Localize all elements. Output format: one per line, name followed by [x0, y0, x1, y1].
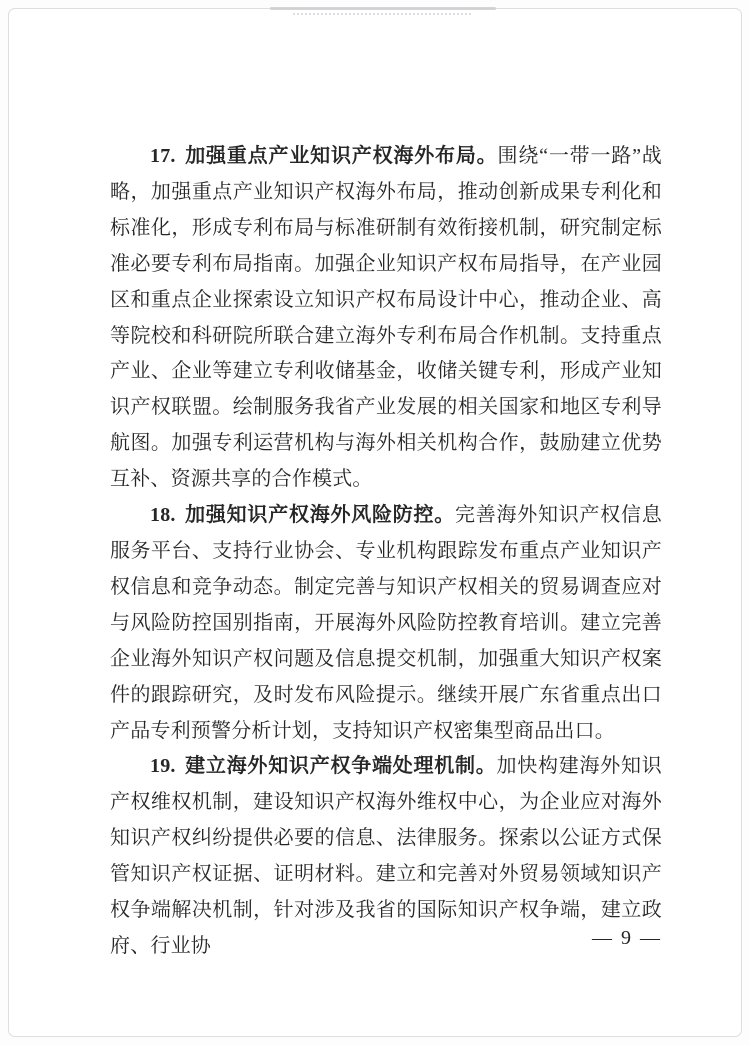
item-number-17: 17. [150, 145, 176, 167]
item-lead-19: 建立海外知识产权争端处理机制。 [185, 755, 497, 777]
document-body: 17.加强重点产业知识产权海外布局。围绕“一带一路”战略，加强重点产业知识产权海… [110, 139, 662, 965]
page-number: — 9 — [110, 927, 662, 950]
scan-artifact-speckles [293, 13, 471, 15]
item-lead-18: 加强知识产权海外风险防控。 [185, 504, 455, 526]
item-text-18: 完善海外知识产权信息服务平台、支持行业协会、专业机构跟踪发布重点产业知识产权信息… [110, 504, 662, 741]
item-number-18: 18. [150, 504, 176, 526]
paragraph-item-18: 18.加强知识产权海外风险防控。完善海外知识产权信息服务平台、支持行业协会、专业… [110, 498, 662, 749]
item-number-19: 19. [150, 755, 176, 777]
item-text-17: 围绕“一带一路”战略，加强重点产业知识产权海外布局，推动创新成果专利化和标准化，… [110, 145, 662, 490]
item-lead-17: 加强重点产业知识产权海外布局。 [185, 145, 498, 167]
paragraph-item-17: 17.加强重点产业知识产权海外布局。围绕“一带一路”战略，加强重点产业知识产权海… [110, 139, 662, 498]
scan-artifact-bar [270, 7, 496, 10]
